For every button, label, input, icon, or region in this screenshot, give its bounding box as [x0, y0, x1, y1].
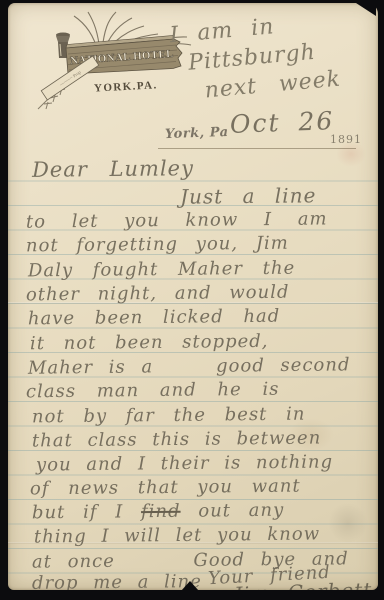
letter-line: class man and he is [26, 378, 280, 405]
letter-line: other night, and would [26, 281, 290, 308]
paper-stain [328, 503, 368, 543]
paper-tear-notch [181, 581, 199, 591]
letter-line: you and I their is nothing [36, 450, 333, 477]
correction-pre: but if I [32, 501, 141, 523]
correction-post: out any [180, 500, 284, 522]
letter-line: thing I will let you know [34, 523, 320, 550]
letter-line: Daly fought Maher the [28, 257, 295, 284]
paper-corner-cut [356, 3, 376, 16]
letter-line: drop me a line [32, 570, 202, 590]
letter-line: have been licked had [28, 305, 281, 332]
dateline-year: 1891 [330, 133, 362, 146]
dateline-rule [158, 148, 356, 149]
letter-line: that class this is between [32, 426, 321, 453]
salutation: Dear Lumley [32, 156, 194, 182]
dateline-place: York, Pa [165, 125, 229, 142]
letter-paper: NATIONAL HOTEL YORK.PA. ~~~~~~ Prop I am… [8, 3, 378, 590]
letter-line: Maher is a good second [28, 353, 351, 380]
letter-line: it not been stopped, [30, 330, 269, 356]
letter-line: not forgetting you, Jim [26, 232, 289, 259]
letter-line-with-correction: but if I find out any [32, 499, 284, 526]
dateline-date: Oct 26 [230, 109, 335, 137]
corner-note: I am in Pittsburgh next week [159, 4, 374, 109]
letter-line: to let you know I am [26, 207, 328, 234]
letter-line: Just a line [180, 183, 317, 208]
letter-line: of news that you want [30, 475, 301, 502]
location-text: YORK.PA. [94, 79, 158, 94]
struck-word: find [141, 501, 181, 522]
letter-line: not by far the best in [32, 403, 306, 430]
